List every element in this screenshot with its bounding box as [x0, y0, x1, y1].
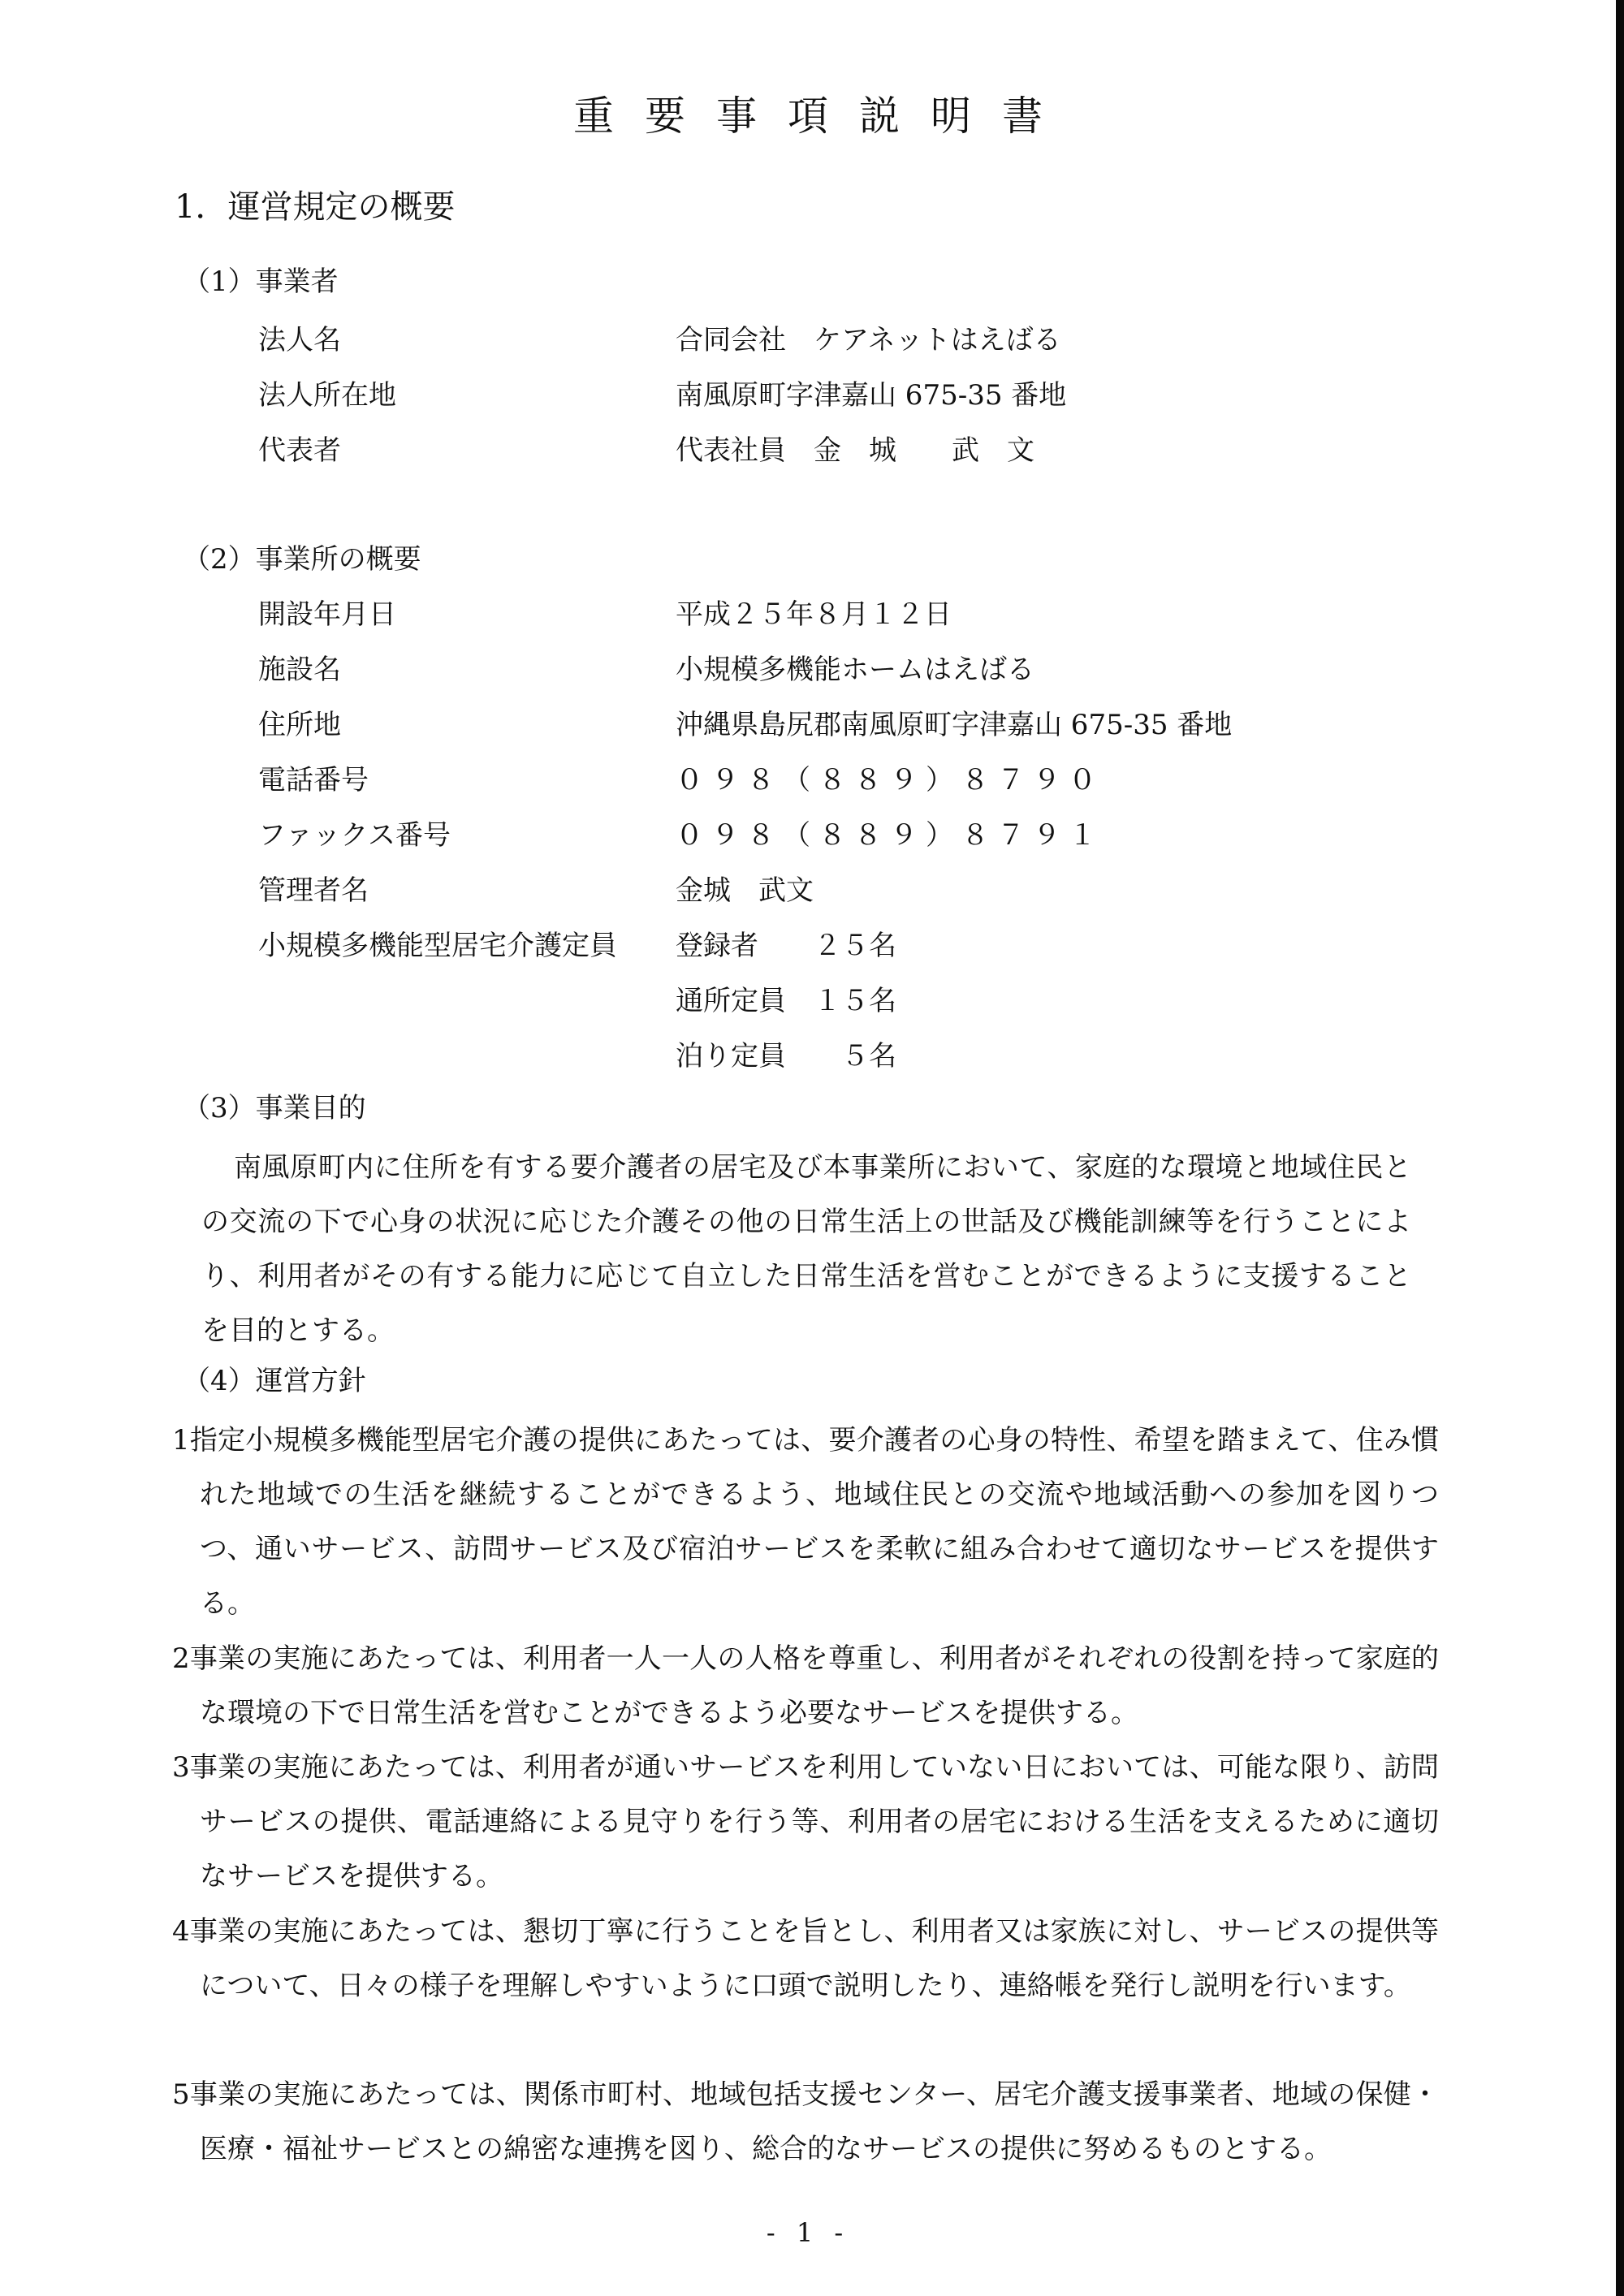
field-value: 小規模多機能ホームはえばる — [676, 650, 1034, 690]
purpose-heading: （3）事業目的 — [183, 1088, 366, 1129]
policy-heading: （4）運営方針 — [183, 1361, 366, 1401]
field-value: 泊り定員 ５名 — [676, 1036, 896, 1077]
policy-item-2: 2事業の実施にあたっては、利用者一人一人の人格を尊重し、利用者がそれぞれの役割を… — [172, 1632, 1439, 1741]
field-label: 管理者名 — [258, 870, 369, 911]
field-label: 電話番号 — [258, 760, 369, 801]
office-heading: （2）事業所の概要 — [183, 539, 421, 580]
section-heading: 1．運営規定の概要 — [175, 183, 455, 231]
field-label: 小規模多機能型居宅介護定員 — [258, 926, 617, 966]
document-title: 重要事項説明書 — [0, 88, 1616, 145]
scan-border — [1616, 0, 1624, 2296]
field-label: 施設名 — [258, 650, 341, 690]
purpose-text: 南風原町内に住所を有する要介護者の居宅及び本事業所において、家庭的な環境と地域住… — [201, 1141, 1411, 1358]
field-label: 住所地 — [258, 705, 341, 745]
field-value: 通所定員 １５名 — [676, 981, 896, 1021]
field-label: 法人名 — [258, 320, 341, 360]
field-label: 法人所在地 — [258, 375, 396, 416]
field-value: 代表社員 金 城 武 文 — [676, 430, 1034, 471]
policy-item-4: 4事業の実施にあたっては、懇切丁寧に行うことを旨とし、利用者又は家族に対し、サー… — [172, 1905, 1439, 2013]
field-value: ０９８（８８９）８７９０ — [676, 760, 1104, 801]
field-label: 開設年月日 — [258, 594, 396, 635]
field-value: 沖縄県島尻郡南風原町字津嘉山 675-35 番地 — [676, 705, 1232, 745]
field-value: 南風原町字津嘉山 675-35 番地 — [676, 375, 1066, 416]
field-value: 平成２５年８月１２日 — [676, 594, 952, 635]
policy-item-3: 3事業の実施にあたっては、利用者が通いサービスを利用していない日においては、可能… — [172, 1741, 1439, 1904]
field-value: 合同会社 ケアネットはえばる — [676, 320, 1061, 360]
policy-item-1: 1指定小規模多機能型居宅介護の提供にあたっては、要介護者の心身の特性、希望を踏ま… — [172, 1413, 1439, 1631]
field-label: ファックス番号 — [258, 815, 451, 856]
field-value: 金城 武文 — [676, 870, 814, 911]
field-value: 登録者 ２５名 — [676, 926, 896, 966]
field-value: ０９８（８８９）８７９１ — [676, 815, 1104, 856]
policy-item-5: 5事業の実施にあたっては、関係市町村、地域包括支援センター、居宅介護支援事業者、… — [172, 2068, 1439, 2177]
field-label: 代表者 — [258, 430, 341, 471]
document-page: 重要事項説明書 1．運営規定の概要 （1）事業者 法人名 合同会社 ケアネットは… — [0, 0, 1616, 2296]
operator-heading: （1）事業者 — [183, 261, 339, 302]
page-number: - 1 - — [0, 2217, 1616, 2248]
